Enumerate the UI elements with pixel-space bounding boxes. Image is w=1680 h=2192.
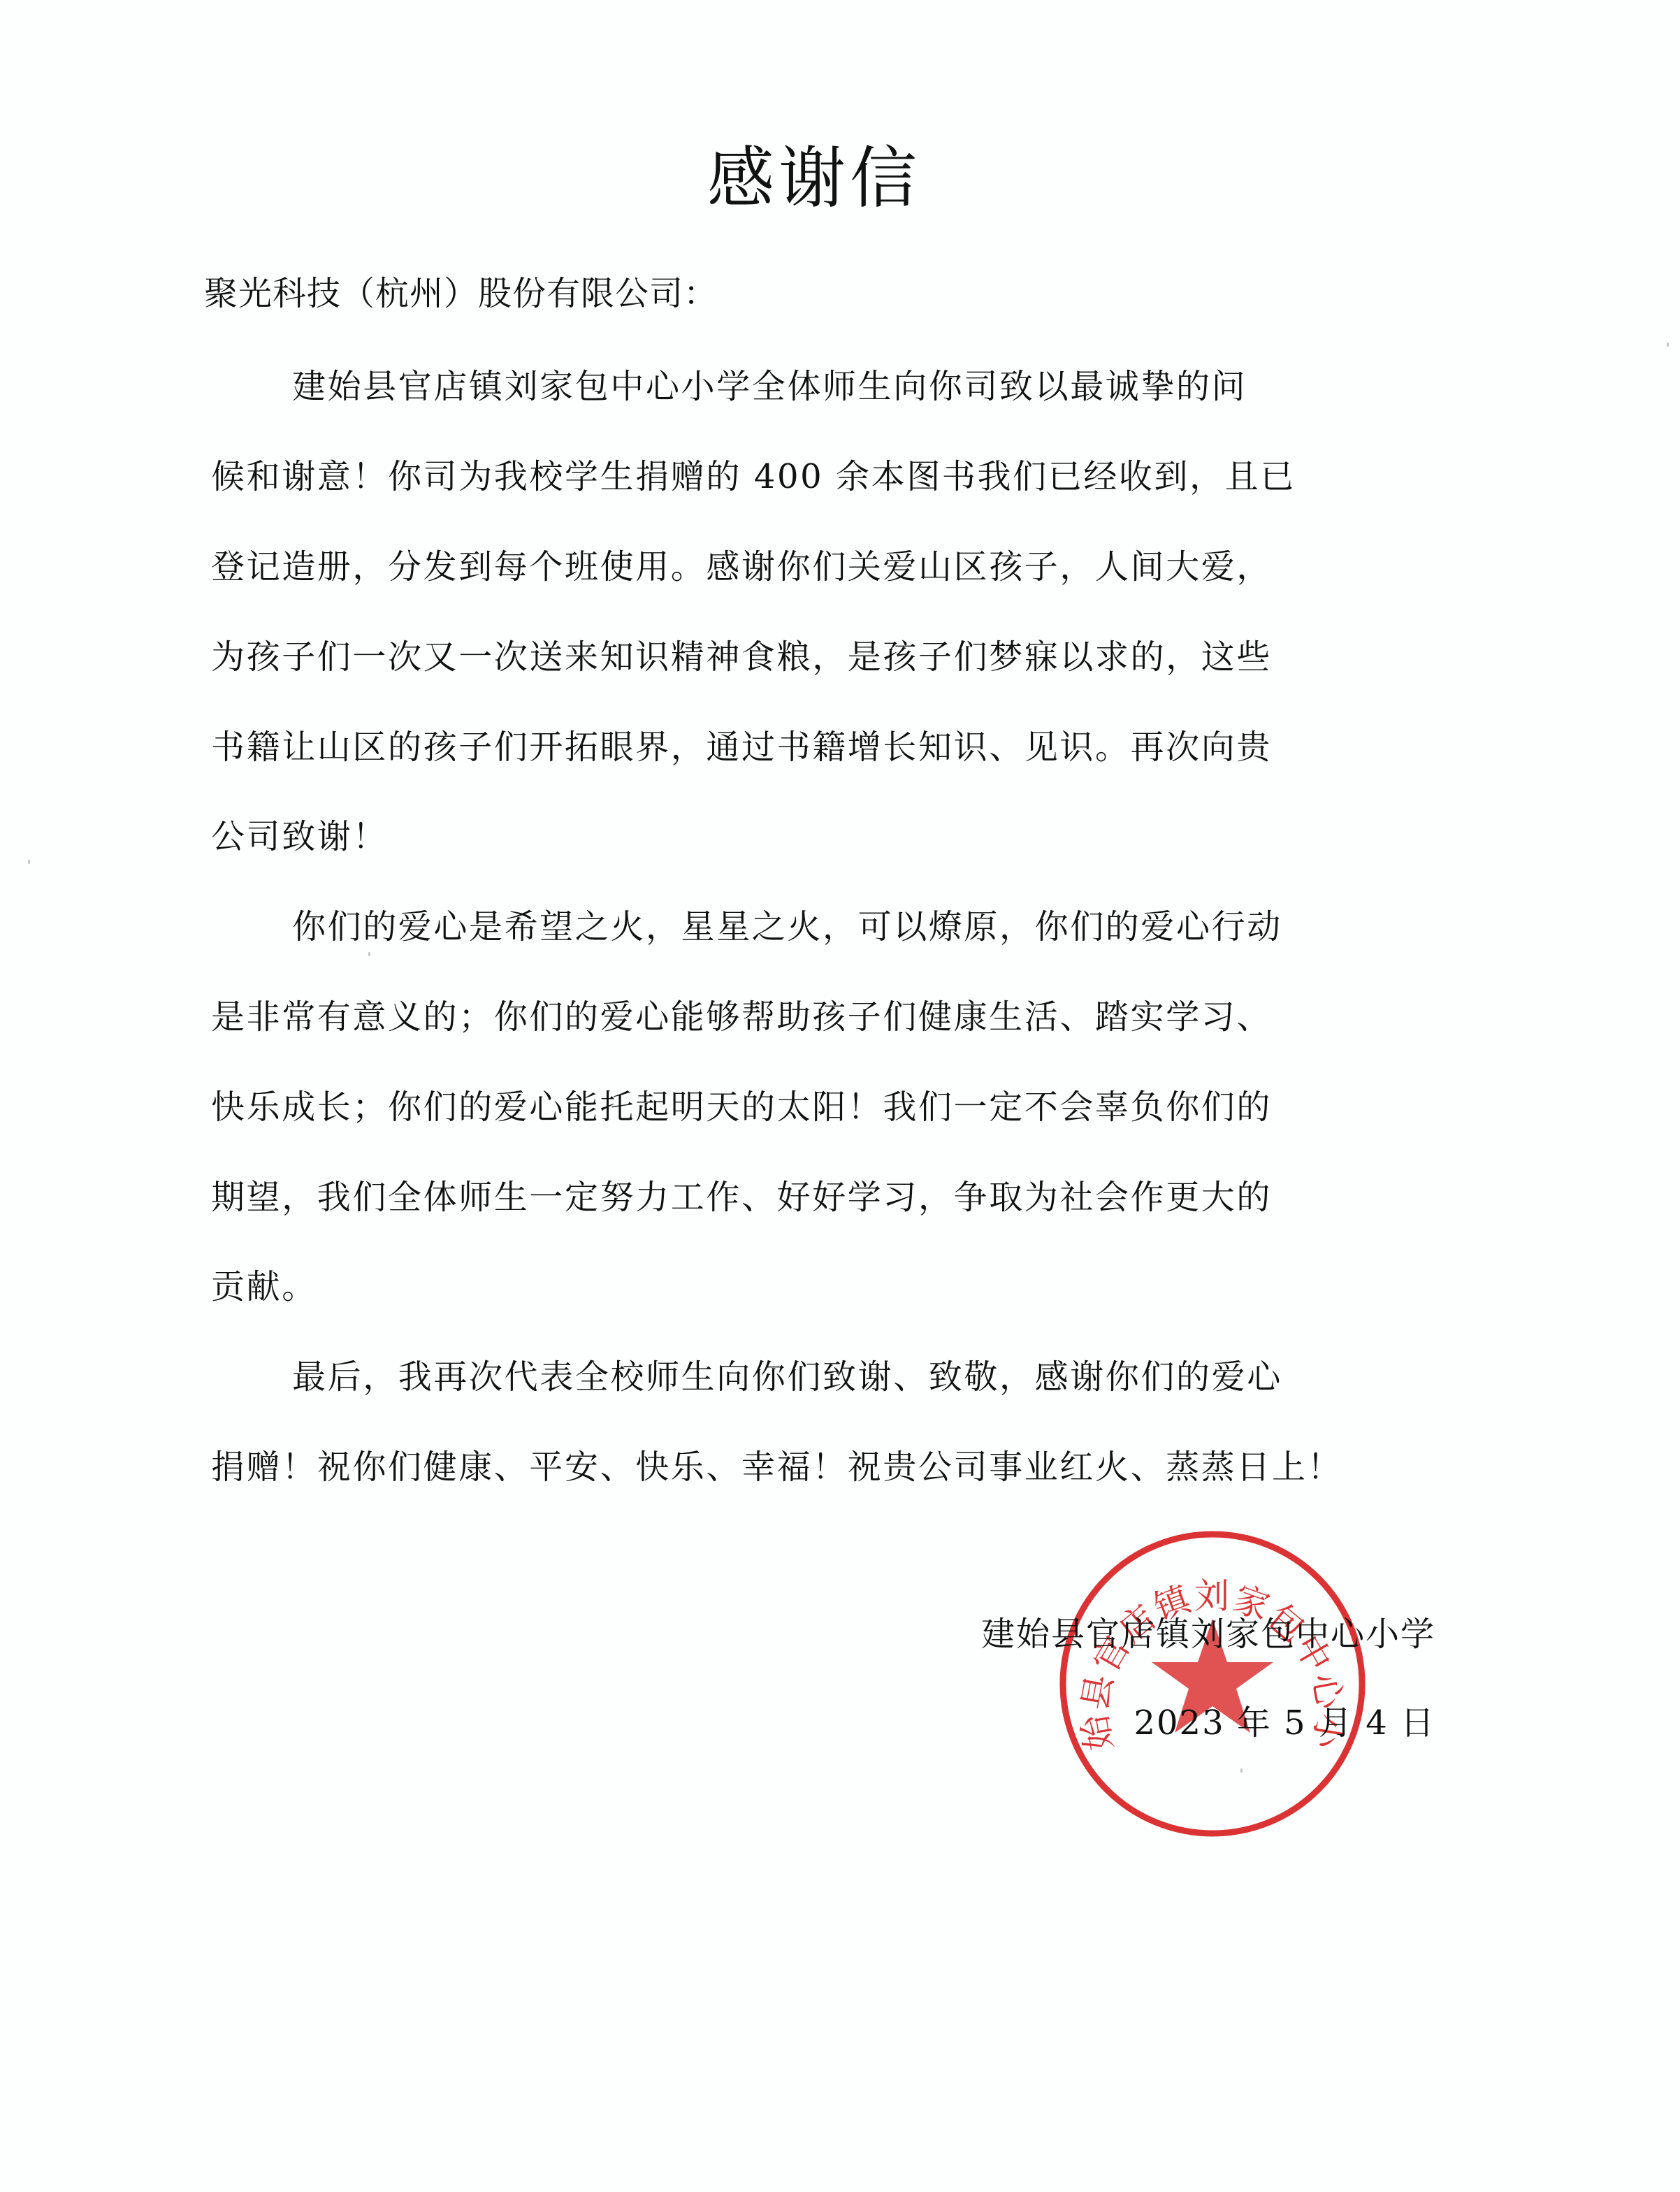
paragraph-2-line-2: 是非常有意义的；你们的爱心能够帮助孩子们健康生活、踏实学习、: [211, 993, 1272, 1041]
paragraph-2-line-4: 期望，我们全体师生一定努力工作、好好学习，争取为社会作更大的: [211, 1173, 1272, 1222]
paragraph-1-line-2: 候和谢意！你司为我校学生捐赠的 400 余本图书我们已经收到，且已: [211, 452, 1296, 501]
paragraph-2-line-3: 快乐成长；你们的爱心能托起明天的太阳！我们一定不会辜负你们的: [211, 1083, 1272, 1132]
paragraph-3-line-1: 最后，我再次代表全校师生向你们致谢、致敬，感谢你们的爱心: [292, 1353, 1282, 1401]
salutation: 聚光科技（杭州）股份有限公司：: [204, 260, 718, 327]
signature-organization: 建始县官店镇刘家包中心小学: [981, 1610, 1435, 1659]
letter-title: 感谢信: [0, 136, 1628, 220]
paragraph-1-line-3: 登记造册，分发到每个班使用。感谢你们关爱山区孩子，人间大爱，: [211, 542, 1272, 591]
paragraph-3-line-2: 捐赠！祝你们健康、平安、快乐、幸福！祝贵公司事业红火、蒸蒸日上！: [211, 1443, 1342, 1492]
scan-speck: [28, 860, 30, 864]
scan-speck: [1667, 342, 1669, 347]
paragraph-2-line-5: 贡献。: [211, 1262, 317, 1311]
signature-date: 2023 年 5 月 4 日: [1134, 1699, 1435, 1747]
scan-speck: [368, 952, 370, 956]
official-seal-stamp: 建始县官店镇刘家包中心小学: [1057, 1528, 1368, 1840]
paragraph-1-line-6: 公司致谢！: [211, 812, 388, 861]
letter-page: 感谢信 聚光科技（杭州）股份有限公司： 建始县官店镇刘家包中心小学全体师生向你司…: [0, 0, 1680, 2192]
paragraph-2-line-1: 你们的爱心是希望之火，星星之火，可以燎原，你们的爱心行动: [292, 902, 1282, 951]
paragraph-1-line-4: 为孩子们一次又一次送来知识精神食粮，是孩子们梦寐以求的，这些: [211, 633, 1272, 682]
paragraph-1-line-1: 建始县官店镇刘家包中心小学全体师生向你司致以最诚挚的问: [292, 362, 1247, 411]
paragraph-1-line-5: 书籍让山区的孩子们开拓眼界，通过书籍增长知识、见识。再次向贵: [211, 723, 1272, 772]
